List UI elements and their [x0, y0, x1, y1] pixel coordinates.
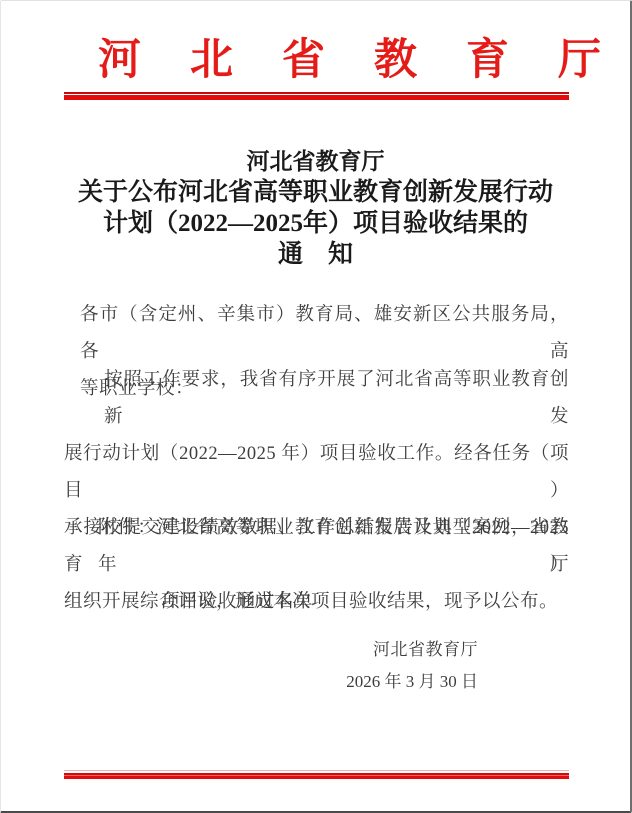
attachment-line-2: 项目验收通过名单: [98, 584, 569, 621]
signature-block: 河北省教育厅 2026 年 3 月 30 日: [346, 634, 478, 698]
document-title: 河北省教育厅 关于公布河北省高等职业教育创新发展行动 计划（2022—2025年…: [1, 146, 630, 270]
red-separator-line-bottom: [64, 770, 569, 779]
document-title-line-2: 关于公布河北省高等职业教育创新发展行动: [1, 177, 630, 208]
document-page: 河北省教育厅 河北省教育厅 关于公布河北省高等职业教育创新发展行动 计划（202…: [0, 0, 632, 813]
signature-issuer: 河北省教育厅: [346, 634, 478, 666]
salutation-line-1: 各市（含定州、辛集市）教育局、雄安新区公共服务局，各高: [80, 297, 569, 371]
attachment-line-1: 附件：河北省高等职业教育创新发展计划（2022—2025 年）: [98, 510, 569, 584]
letterhead-agency-title: 河北省教育厅: [98, 39, 632, 82]
body-line-1: 按照工作要求，我省有序开展了河北省高等职业教育创新发: [64, 362, 569, 436]
signature-date: 2026 年 3 月 30 日: [346, 666, 478, 698]
document-title-issuer: 河北省教育厅: [1, 146, 630, 177]
document-title-line-3: 计划（2022—2025年）项目验收结果的: [1, 208, 630, 239]
red-separator-line-top: [64, 92, 569, 100]
document-title-notice-word: 通 知: [1, 239, 630, 270]
body-line-2: 展行动计划（2022—2025 年）项目验收工作。经各任务（项目）: [64, 436, 569, 510]
attachment-note: 附件：河北省高等职业教育创新发展计划（2022—2025 年） 项目验收通过名单: [98, 510, 569, 621]
